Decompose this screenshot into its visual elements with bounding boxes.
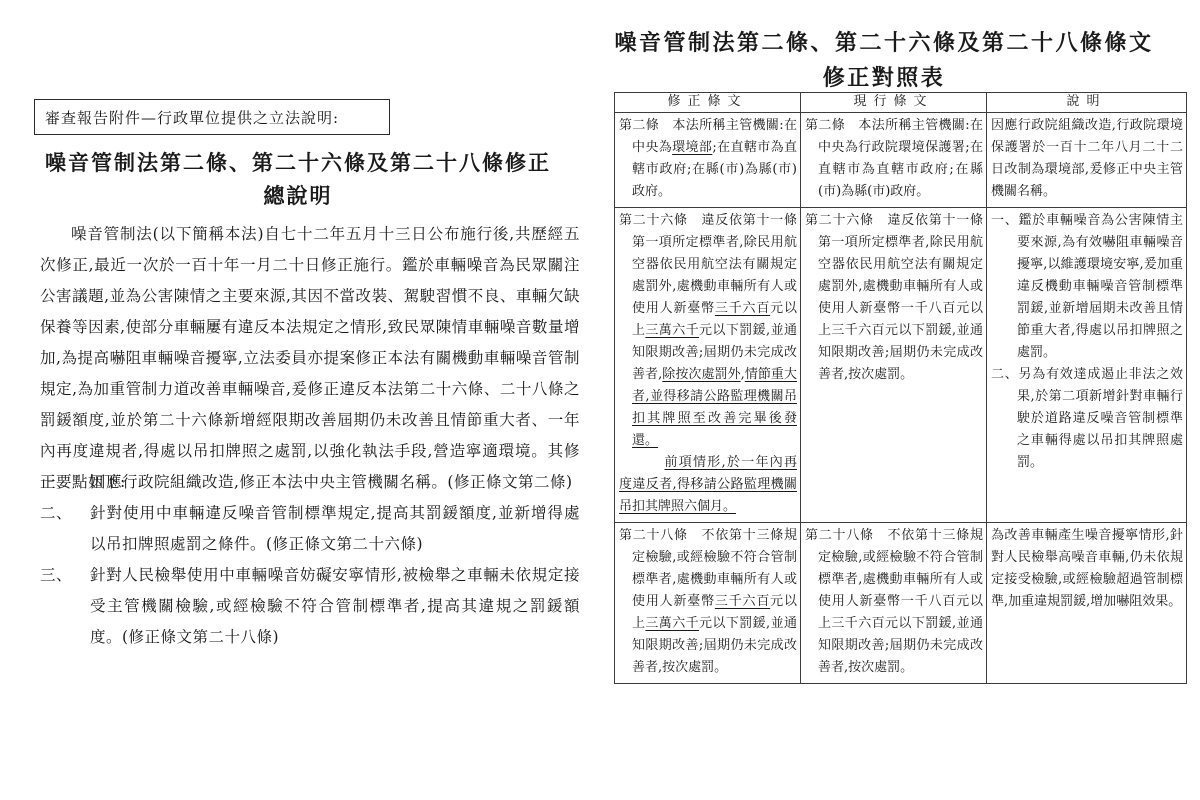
clause-paragraph: 第二十六條 違反依第十一條第一項所定標準者,除民用航空器依民用航空法有關規定處罰…: [632, 210, 797, 452]
clause-paragraph: 前項情形,於一年內再度違反者,得移請公路監理機關吊扣其牌照六個月。: [619, 452, 797, 518]
underlined-text-segment: 除按次處罰外: [662, 367, 740, 382]
revision-point-2: 二、針對使用中車輛違反噪音管制標準規定,提高其罰鍰額度,並新增得處以吊扣牌照處罰…: [40, 498, 580, 560]
text-segment: 因應行政院組織改造,行政院環境保護署於一百十二年八月二十二日改制為環境部,爰修正…: [991, 118, 1183, 199]
underlined-text-segment: 環境部: [672, 140, 712, 155]
point-number: 二、: [40, 498, 72, 529]
comparison-table-title: 噪音管制法第二條、第二十六條及第二十八條條文修正對照表: [604, 26, 1164, 96]
amended-text-cell: 第二十六條 違反依第十一條第一項所定標準者,除民用航空器依民用航空法有關規定處罰…: [615, 208, 801, 523]
clause-paragraph: 第二十八條 不依第十三條規定檢驗,或經檢驗不符合管制標準者,處機動車輛所有人或使…: [632, 525, 797, 679]
current-text-cell: 第二十八條 不依第十三條規定檢驗,或經檢驗不符合管制標準者,處機動車輛所有人或使…: [801, 523, 987, 684]
underlined-text-segment: 前項情形,於一年內再度違反者,得移請公路監理機關吊扣其牌照六個月。: [619, 455, 797, 514]
underlined-text-segment: 三千六百: [715, 594, 770, 609]
right-page: 噪音管制法第二條、第二十六條及第二十八條條文修正對照表 修正條文 現行條文 說明…: [596, 0, 1200, 800]
text-segment: 第二十六條 違反依第十一條第一項所定標準者,除民用航空器依民用航空法有關規定處罰…: [805, 213, 983, 382]
text-segment: 為改善車輛產生噪音擾寧情形,針對人民檢舉高噪音車輛,仍未依規定接受檢驗,或經檢驗…: [991, 528, 1183, 609]
clause-paragraph: 第二條 本法所稱主管機關:在中央為環境部;在直轄市為直轄市政府;在縣(市)為縣(…: [632, 115, 797, 203]
explanation-cell: 因應行政院組織改造,行政院環境保護署於一百十二年八月二十二日改制為環境部,爰修正…: [987, 113, 1187, 208]
attachment-note-box: 審查報告附件—行政單位提供之立法說明:: [34, 99, 390, 135]
table-row-2: 第二十六條 違反依第十一條第一項所定標準者,除民用航空器依民用航空法有關規定處罰…: [615, 208, 1187, 523]
scanned-document: { "left": { "box_label": "審查報告附件—行政單位提供之…: [0, 0, 1200, 800]
general-explanation-paragraph: 噪音管制法(以下簡稱本法)自七十二年五月十三日公布施行後,共歷經五次修正,最近一…: [40, 219, 580, 498]
text-segment: 二、另為有效達成遏止非法之效果,於第二項新增針對車輛行駛於道路違反噪音管制標準之…: [991, 367, 1183, 470]
point-number: 一、: [40, 467, 72, 498]
current-text-cell: 第二十六條 違反依第十一條第一項所定標準者,除民用航空器依民用航空法有關規定處罰…: [801, 208, 987, 523]
table-body: 第二條 本法所稱主管機關:在中央為環境部;在直轄市為直轄市政府;在縣(市)為縣(…: [615, 113, 1187, 684]
revision-points-list: 一、因應行政院組織改造,修正本法中央主管機關名稱。(修正條文第二條)二、針對使用…: [40, 467, 580, 653]
clause-paragraph: 為改善車輛產生噪音擾寧情形,針對人民檢舉高噪音車輛,仍未依規定接受檢驗,或經檢驗…: [991, 525, 1183, 613]
current-text-cell: 第二條 本法所稱主管機關:在中央為行政院環境保護署;在直轄市為直轄市政府;在縣(…: [801, 113, 987, 208]
amended-text-cell: 第二條 本法所稱主管機關:在中央為環境部;在直轄市為直轄市政府;在縣(市)為縣(…: [615, 113, 801, 208]
clause-paragraph: 二、另為有效達成遏止非法之效果,於第二項新增針對車輛行駛於道路違反噪音管制標準之…: [1017, 364, 1183, 474]
table-header-row: 修正條文 現行條文 說明: [615, 93, 1187, 113]
attachment-note-label: 審查報告附件—行政單位提供之立法說明:: [45, 109, 339, 127]
revision-point-1: 一、因應行政院組織改造,修正本法中央主管機關名稱。(修正條文第二條): [40, 467, 580, 498]
explanation-cell: 為改善車輛產生噪音擾寧情形,針對人民檢舉高噪音車輛,仍未依規定接受檢驗,或經檢驗…: [987, 523, 1187, 684]
header-amended-text: 修正條文: [615, 93, 801, 113]
point-text: 針對人民檢舉使用中車輛噪音妨礙安寧情形,被檢舉之車輛未依規定接受主管機關檢驗,或…: [90, 566, 580, 646]
point-text: 針對使用中車輛違反噪音管制標準規定,提高其罰鍰額度,並新增得處以吊扣牌照處罰之條…: [90, 504, 580, 553]
underlined-text-segment: 三千六百: [715, 301, 770, 316]
general-explanation-title: 噪音管制法第二條、第二十六條及第二十八條修正總說明: [38, 146, 558, 212]
clause-paragraph: 第二十六條 違反依第十一條第一項所定標準者,除民用航空器依民用航空法有關規定處罰…: [818, 210, 983, 386]
left-page: 審查報告附件—行政單位提供之立法說明: 噪音管制法第二條、第二十六條及第二十八條…: [0, 0, 596, 800]
revision-point-3: 三、針對人民檢舉使用中車輛噪音妨礙安寧情形,被檢舉之車輛未依規定接受主管機關檢驗…: [40, 560, 580, 653]
clause-paragraph: 一、鑑於車輛噪音為公害陳情主要來源,為有效嚇阻車輛噪音擾寧,以維護環境安寧,爰加…: [1017, 210, 1183, 364]
underlined-text-segment: 三萬六千: [645, 616, 699, 631]
header-explanation: 說明: [987, 93, 1187, 113]
text-segment: 第二十八條 不依第十三條規定檢驗,或經檢驗不符合管制標準者,處機動車輛所有人或使…: [805, 528, 983, 675]
explanation-cell: 一、鑑於車輛噪音為公害陳情主要來源,為有效嚇阻車輛噪音擾寧,以維護環境安寧,爰加…: [987, 208, 1187, 523]
clause-paragraph: 第二十八條 不依第十三條規定檢驗,或經檢驗不符合管制標準者,處機動車輛所有人或使…: [818, 525, 983, 679]
comparison-table: 修正條文 現行條文 說明 第二條 本法所稱主管機關:在中央為環境部;在直轄市為直…: [614, 92, 1187, 684]
amended-text-cell: 第二十八條 不依第十三條規定檢驗,或經檢驗不符合管制標準者,處機動車輛所有人或使…: [615, 523, 801, 684]
text-segment: 第二條 本法所稱主管機關:在中央為行政院環境保護署;在直轄市為直轄市政府;在縣(…: [805, 118, 983, 199]
clause-paragraph: 因應行政院組織改造,行政院環境保護署於一百十二年八月二十二日改制為環境部,爰修正…: [991, 115, 1183, 203]
header-current-text: 現行條文: [801, 93, 987, 113]
point-number: 三、: [40, 560, 72, 591]
text-segment: 一、鑑於車輛噪音為公害陳情主要來源,為有效嚇阻車輛噪音擾寧,以維護環境安寧,爰加…: [991, 213, 1183, 360]
underlined-text-segment: 三萬六千: [645, 323, 699, 338]
point-text: 因應行政院組織改造,修正本法中央主管機關名稱。(修正條文第二條): [90, 473, 573, 491]
table-row-1: 第二條 本法所稱主管機關:在中央為環境部;在直轄市為直轄市政府;在縣(市)為縣(…: [615, 113, 1187, 208]
clause-paragraph: 第二條 本法所稱主管機關:在中央為行政院環境保護署;在直轄市為直轄市政府;在縣(…: [818, 115, 983, 203]
table-row-3: 第二十八條 不依第十三條規定檢驗,或經檢驗不符合管制標準者,處機動車輛所有人或使…: [615, 523, 1187, 684]
